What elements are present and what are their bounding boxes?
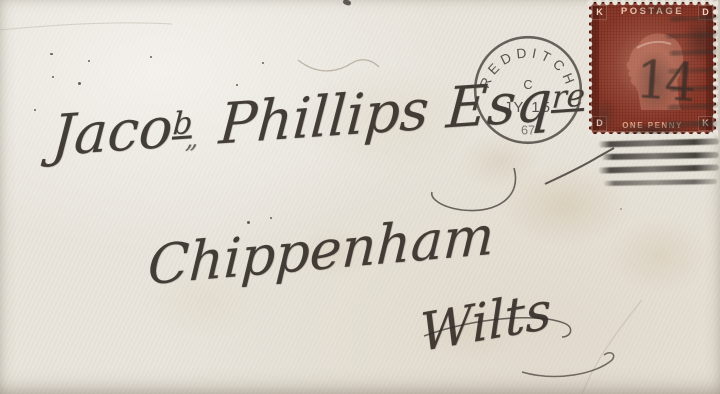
ink-speck [620, 208, 622, 210]
postmark-graphic: REDDITCH C JY 15 67 [472, 33, 584, 147]
ink-speck [88, 60, 90, 62]
ink-speck [150, 56, 152, 58]
ink-speck [78, 82, 81, 85]
recipient-prefix: Jaco [50, 95, 175, 169]
postmark-year: 67 [521, 123, 535, 137]
postmark-index-letter: C [523, 78, 532, 92]
postmark: REDDITCH C JY 15 67 [472, 33, 584, 147]
ink-speck [247, 221, 250, 224]
ink-speck [52, 76, 54, 78]
ink-speck [34, 109, 36, 111]
ink-speck [262, 62, 264, 64]
postmark-date: JY 15 [504, 100, 552, 116]
cancel-bar [664, 121, 718, 128]
ink-speck [236, 84, 238, 86]
ditto-mark: „ [184, 124, 199, 154]
ink-speck [50, 53, 53, 55]
ink-speck [270, 217, 272, 219]
envelope-photo: Jacob„Phillips Esqre Chippenham Wilts RE… [0, 0, 720, 394]
